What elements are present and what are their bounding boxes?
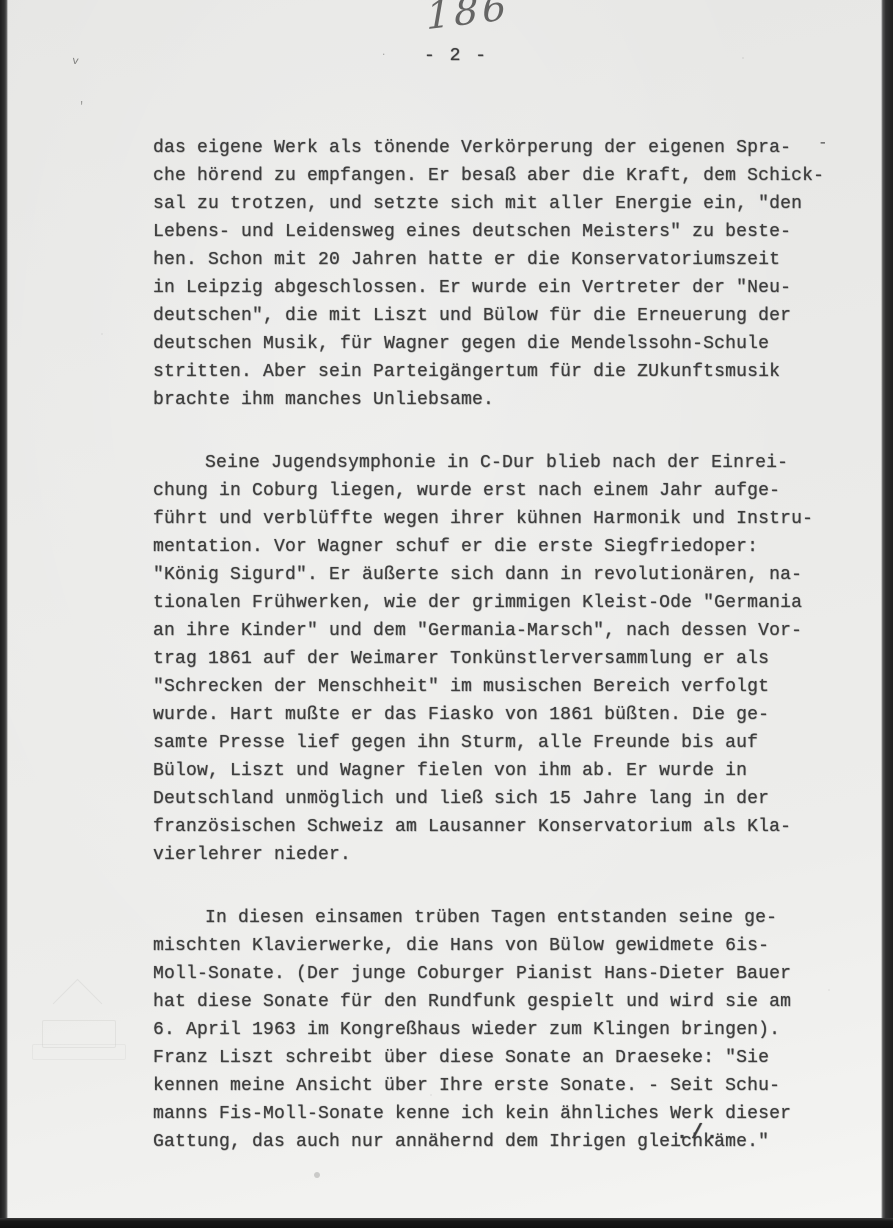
scanned-page: 186 - 2 - v ' - . das eigene Werk als tö…	[0, 0, 893, 1228]
handwritten-folio-number: 186	[426, 0, 511, 35]
stray-mark-dot: '	[78, 100, 85, 114]
paragraph-2: Seine Jugendsymphonie in C-Dur blieb nac…	[153, 449, 865, 869]
page-number: - 2 -	[424, 46, 488, 66]
watermark-base-shape	[32, 1044, 126, 1060]
scan-edge-bottom	[0, 1218, 893, 1228]
paragraph-3: In diesen einsamen trüben Tagen entstand…	[153, 904, 865, 1156]
paragraph-1: das eigene Werk als tönende Verkörperung…	[153, 134, 865, 414]
stray-speck: .	[381, 48, 386, 58]
embossed-watermark	[30, 982, 128, 1072]
continuation-mark: ./.	[676, 1122, 721, 1145]
scan-edge-left	[0, 0, 8, 1228]
body-text: das eigene Werk als tönende Verkörperung…	[153, 106, 865, 1191]
stray-mark-v: v	[71, 56, 79, 69]
scan-edge-right	[881, 0, 893, 1228]
